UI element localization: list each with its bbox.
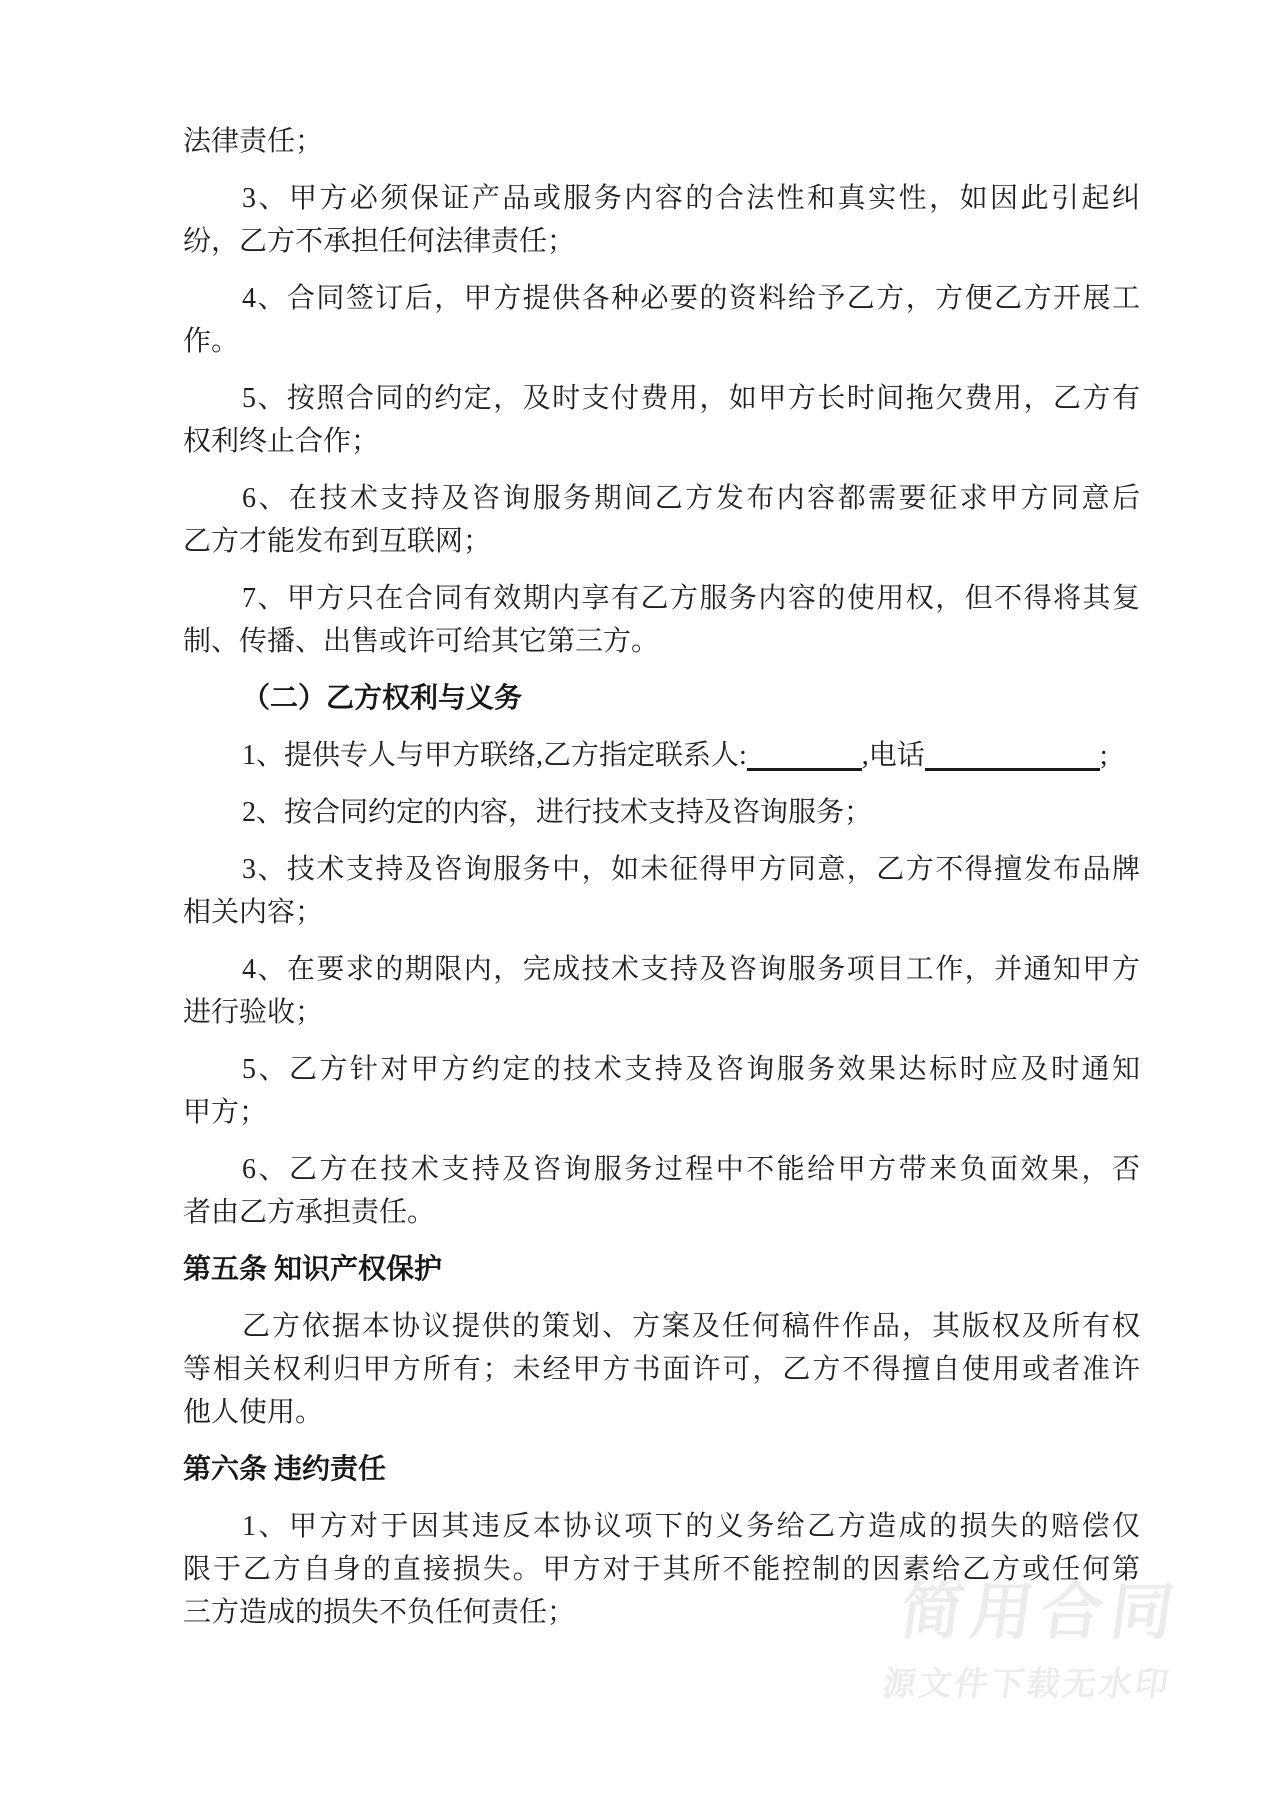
- paragraph: 3、甲方必须保证产品或服务内容的合法性和真实性，如因此引起纠纷，乙方不承担任何法…: [183, 177, 1140, 263]
- paragraph: 1、甲方对于因其违反本协议项下的义务给乙方造成的损失的赔偿仅限于乙方自身的直接损…: [183, 1505, 1140, 1634]
- paragraph: 2、按合同约定的内容，进行技术支持及咨询服务；: [183, 791, 1140, 834]
- text-line: 3、技术支持及咨询服务中，如未征得甲方同意，乙方不得擅发布品牌: [183, 848, 1140, 891]
- text-line: 乙方才能发布到互联网；: [183, 520, 1140, 563]
- heading-text: （二）乙方权利与义务: [183, 677, 1140, 720]
- text-line: 他人使用。: [183, 1391, 1140, 1434]
- heading-text: 第六条 违约责任: [183, 1448, 1140, 1491]
- clause-heading: 第六条 违约责任: [183, 1448, 1140, 1491]
- text-line: 1、甲方对于因其违反本协议项下的义务给乙方造成的损失的赔偿仅: [183, 1505, 1140, 1548]
- text-line: 制、传播、出售或许可给其它第三方。: [183, 620, 1140, 663]
- watermark-tagline: 源文件下载无水印: [881, 1667, 1174, 1700]
- paragraph: 4、合同签订后，甲方提供各种必要的资料给予乙方，方便乙方开展工作。: [183, 277, 1140, 363]
- paragraph: 3、技术支持及咨询服务中，如未征得甲方同意，乙方不得擅发布品牌相关内容；: [183, 848, 1140, 934]
- document-body: 法律责任； 3、甲方必须保证产品或服务内容的合法性和真实性，如因此引起纠纷，乙方…: [183, 120, 1140, 1648]
- text-line: 三方造成的损失不负任何责任；: [183, 1591, 1140, 1634]
- contact-line: 1、提供专人与甲方联络,乙方指定联系人:,电话;: [183, 734, 1140, 777]
- text-line: 4、在要求的期限内，完成技术支持及咨询服务项目工作，并通知甲方: [183, 948, 1140, 991]
- text-line: 者由乙方承担责任。: [183, 1191, 1140, 1234]
- text-line: 法律责任；: [183, 120, 1140, 163]
- paragraph: 5、按照合同的约定，及时支付费用，如甲方长时间拖欠费用，乙方有权利终止合作；: [183, 377, 1140, 463]
- text-line: 2、按合同约定的内容，进行技术支持及咨询服务；: [183, 791, 1140, 834]
- contact-prefix-text: 1、提供专人与甲方联络,乙方指定联系人:: [242, 740, 747, 771]
- paragraph: 5、乙方针对甲方约定的技术支持及咨询服务效果达标时应及时通知甲方；: [183, 1048, 1140, 1134]
- contact-name-blank: [747, 767, 862, 771]
- text-line: 乙方依据本协议提供的策划、方案及任何稿件作品，其版权及所有权: [183, 1305, 1140, 1348]
- contract-document-page: 法律责任； 3、甲方必须保证产品或服务内容的合法性和真实性，如因此引起纠纷，乙方…: [0, 0, 1280, 1810]
- text-line: 权利终止合作；: [183, 420, 1140, 463]
- section-heading: （二）乙方权利与义务: [183, 677, 1140, 720]
- contact-phone-label: ,电话: [862, 740, 925, 771]
- paragraph: 6、在技术支持及咨询服务期间乙方发布内容都需要征求甲方同意后乙方才能发布到互联网…: [183, 477, 1140, 563]
- paragraph: 7、甲方只在合同有效期内享有乙方服务内容的使用权，但不得将其复制、传播、出售或许…: [183, 577, 1140, 663]
- paragraph: 法律责任；: [183, 120, 1140, 163]
- text-line: 7、甲方只在合同有效期内享有乙方服务内容的使用权，但不得将其复: [183, 577, 1140, 620]
- text-line: 相关内容；: [183, 891, 1140, 934]
- clause-heading: 第五条 知识产权保护: [183, 1248, 1140, 1291]
- text-line: 限于乙方自身的直接损失。甲方对于其所不能控制的因素给乙方或任何第: [183, 1548, 1140, 1591]
- text-line: 5、按照合同的约定，及时支付费用，如甲方长时间拖欠费用，乙方有: [183, 377, 1140, 420]
- text-line: 5、乙方针对甲方约定的技术支持及咨询服务效果达标时应及时通知: [183, 1048, 1140, 1091]
- text-line: 6、乙方在技术支持及咨询服务过程中不能给甲方带来负面效果，否: [183, 1148, 1140, 1191]
- paragraph: 乙方依据本协议提供的策划、方案及任何稿件作品，其版权及所有权等相关权利归甲方所有…: [183, 1305, 1140, 1434]
- text-line: 等相关权利归甲方所有；未经甲方书面许可，乙方不得擅自使用或者准许: [183, 1348, 1140, 1391]
- paragraph: 4、在要求的期限内，完成技术支持及咨询服务项目工作，并通知甲方进行验收；: [183, 948, 1140, 1034]
- heading-text: 第五条 知识产权保护: [183, 1248, 1140, 1291]
- text-line: 6、在技术支持及咨询服务期间乙方发布内容都需要征求甲方同意后: [183, 477, 1140, 520]
- text-line: 纷，乙方不承担任何法律责任；: [183, 220, 1140, 263]
- paragraph: 6、乙方在技术支持及咨询服务过程中不能给甲方带来负面效果，否者由乙方承担责任。: [183, 1148, 1140, 1234]
- text-line: 作。: [183, 320, 1140, 363]
- contact-suffix-text: ;: [1100, 740, 1108, 771]
- text-line: 甲方；: [183, 1091, 1140, 1134]
- contact-phone-blank: [925, 767, 1100, 771]
- contact-paragraph: 1、提供专人与甲方联络,乙方指定联系人:,电话;: [183, 734, 1140, 777]
- text-line: 4、合同签订后，甲方提供各种必要的资料给予乙方，方便乙方开展工: [183, 277, 1140, 320]
- text-line: 进行验收；: [183, 991, 1140, 1034]
- text-line: 3、甲方必须保证产品或服务内容的合法性和真实性，如因此引起纠: [183, 177, 1140, 220]
